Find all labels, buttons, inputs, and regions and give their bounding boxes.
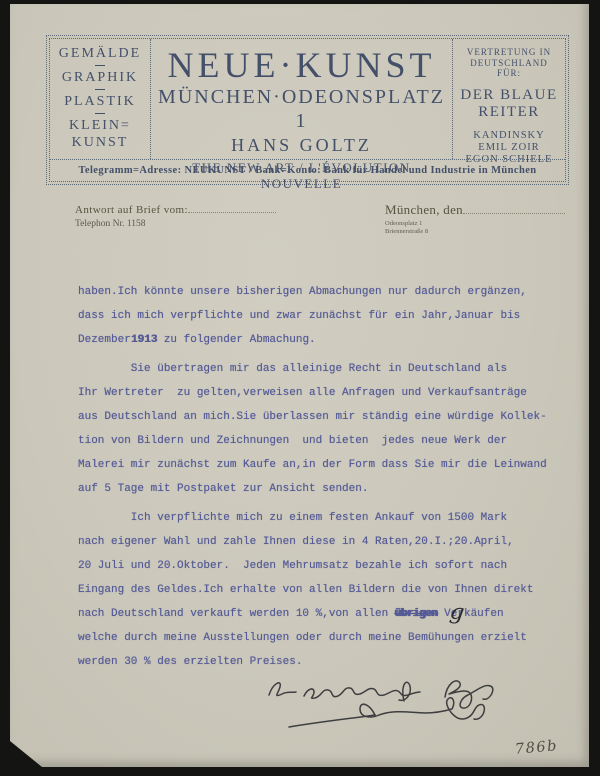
divider-dash — [95, 89, 105, 90]
reference-left-block: Antwort auf Brief vom: Telephon Nr. 1158 — [75, 203, 276, 229]
letterhead-main-row: GEMÄLDE GRAPHIK PLASTIK KLEIN= KUNST NEU… — [50, 39, 565, 159]
reference-right-block: München, den Odeonsplatz 1 Briennerstraß… — [385, 202, 565, 236]
typed-line: nach Deutschland verkauft werden 10 %,vo… — [78, 602, 583, 626]
gallery-field-plastik: PLASTIK — [64, 93, 136, 110]
typed-line: auf 5 Tage mit Postpaket zur Ansicht sen… — [78, 477, 583, 501]
typed-line: Dezember1913 zu folgender Abmachung. — [78, 328, 583, 352]
divider-dash — [95, 65, 105, 66]
typed-line: Sie übertragen mir das alleinige Recht i… — [78, 357, 583, 381]
typed-line: welche durch meine Ausstellungen oder du… — [78, 626, 583, 650]
divider-dash — [95, 113, 105, 114]
letterhead-representation: VERTRETUNG IN DEUTSCHLAND FÜR: DER BLAUE… — [452, 39, 565, 159]
letterhead-center: NEUE·KUNST MÜNCHEN·ODEONSPLATZ 1 HANS GO… — [151, 39, 452, 159]
reply-blank-line — [188, 203, 276, 213]
gallery-field-graphik: GRAPHIK — [62, 69, 138, 86]
city-date-label: München, den — [385, 202, 463, 217]
typed-line: aus Deutschland an mich.Sie überlassen m… — [78, 405, 583, 429]
reply-label: Antwort auf Brief vom: — [75, 204, 188, 216]
overtyped-year: 1913 — [131, 334, 157, 346]
gallery-address: MÜNCHEN·ODEONSPLATZ 1 — [151, 85, 452, 133]
telegram-bank-line: Telegramm=Adresse: NEUKUNST / Bank=Konto… — [50, 159, 565, 181]
gallery-proprietor: HANS GOLTZ — [151, 134, 452, 156]
torn-paper-corner — [10, 741, 42, 767]
gallery-field-kleinkunst-line1: KLEIN= — [69, 117, 131, 134]
typed-line: Malerei mir zunächst zum Kaufe an,in der… — [78, 453, 583, 477]
gallery-field-kleinkunst-line2: KUNST — [72, 134, 129, 151]
closing-word-3 — [445, 681, 493, 708]
paragraph-3: Ich verpflichte mich zu einem festen Ank… — [78, 506, 583, 674]
telephone-number: Telephon Nr. 1158 — [75, 219, 276, 229]
gallery-title: NEUE·KUNST — [151, 46, 452, 84]
date-blank-line — [463, 204, 565, 214]
letter-paper: GEMÄLDE GRAPHIK PLASTIK KLEIN= KUNST NEU… — [10, 4, 589, 767]
typed-line: 20 Juli und 20.Oktober. Jeden Mehrumsatz… — [78, 554, 583, 578]
paragraph-2: Sie übertragen mir das alleinige Recht i… — [78, 357, 583, 501]
closing-tall-letter — [399, 682, 410, 701]
typed-line: Eingang des Geldes.Ich erhalte von allen… — [78, 578, 583, 602]
group-der-blaue: DER BLAUE — [453, 87, 565, 104]
typed-line: Ich verpflichte mich zu einem festen Ank… — [78, 506, 583, 530]
signature-lead-stroke — [289, 715, 375, 727]
address-line-1: Odeonsplatz 1 — [385, 220, 565, 228]
artist-emil-zoir: EMIL ZOIR — [453, 142, 565, 154]
address-line-2: Briennerstraße 8 — [385, 228, 565, 236]
typed-line: Ihr Wertreter zu gelten,verweisen alle A… — [78, 381, 583, 405]
typed-line: nach eigener Wahl und zahle Ihnen diese … — [78, 530, 583, 554]
representation-heading-line1: VERTRETUNG IN — [453, 47, 565, 58]
gallery-field-gemaelde: GEMÄLDE — [59, 45, 141, 62]
photographed-letter: GEMÄLDE GRAPHIK PLASTIK KLEIN= KUNST NEU… — [0, 0, 600, 776]
letterhead-gallery-fields: GEMÄLDE GRAPHIK PLASTIK KLEIN= KUNST — [50, 39, 151, 159]
letterhead-inner-border: GEMÄLDE GRAPHIK PLASTIK KLEIN= KUNST NEU… — [49, 38, 566, 182]
typed-line: dass ich mich verpflichte und zwar zunäc… — [78, 304, 583, 328]
letter-body: haben.Ich könnte unsere bisherigen Abmac… — [78, 280, 583, 674]
letterhead: GEMÄLDE GRAPHIK PLASTIK KLEIN= KUNST NEU… — [46, 35, 569, 185]
handwritten-closing-and-signature — [255, 664, 505, 749]
representation-heading-line3: FÜR: — [453, 68, 565, 79]
overstruck-word: übrigen — [395, 608, 438, 620]
typed-line: haben.Ich könnte unsere bisherigen Abmac… — [78, 280, 583, 304]
representation-heading-line2: DEUTSCHLAND — [453, 58, 565, 69]
paragraph-1: haben.Ich könnte unsere bisherigen Abmac… — [78, 280, 583, 352]
closing-word-1 — [269, 683, 296, 696]
pencil-archive-number: 786b — [514, 738, 558, 758]
typed-line: tion von Bildern und Zeichnungen und bie… — [78, 429, 583, 453]
group-reiter: REITER — [453, 104, 565, 121]
artist-kandinsky: KANDINSKY — [453, 130, 565, 142]
